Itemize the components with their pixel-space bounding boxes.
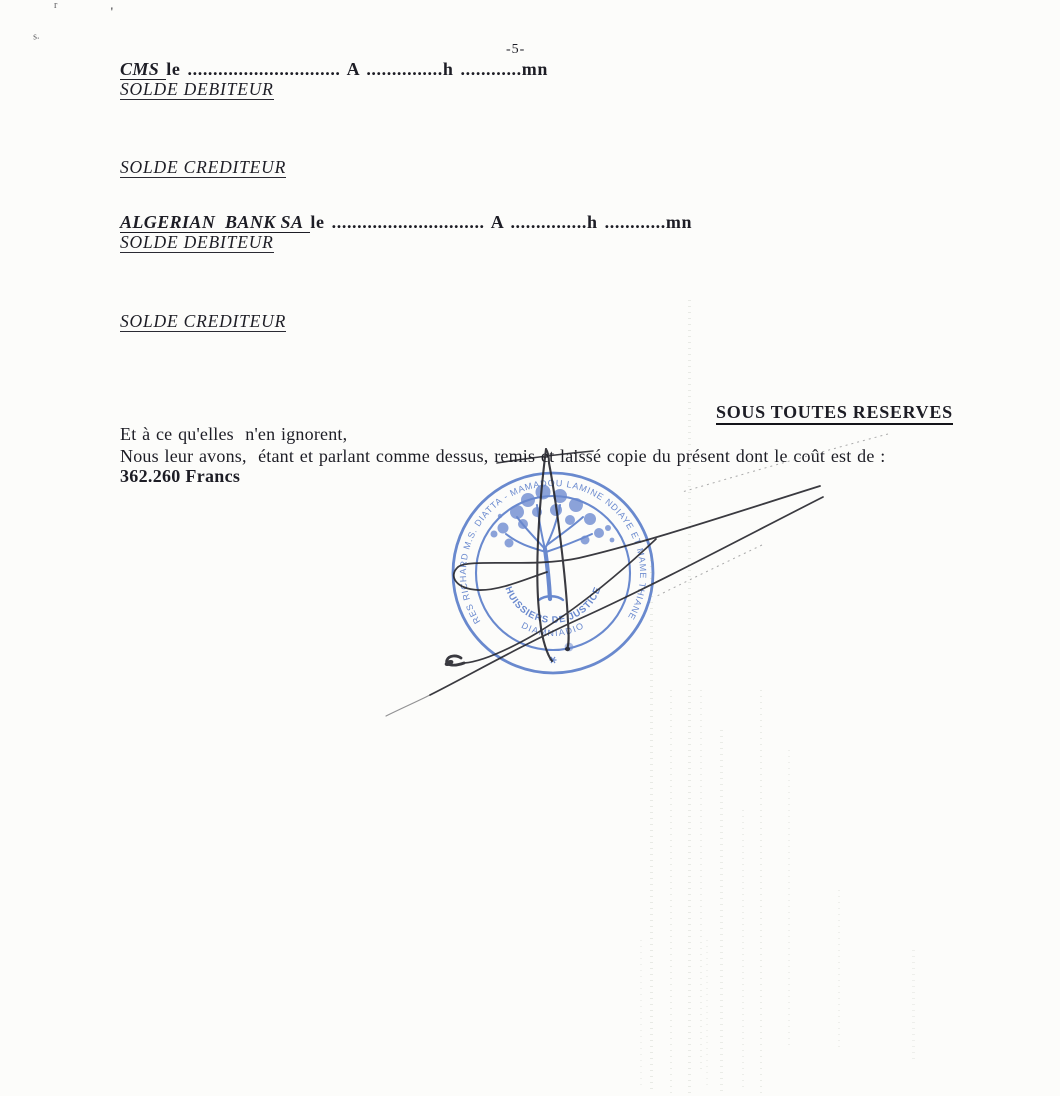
date-time-dotted-line: le .............................. A ....… [310,212,692,232]
solde-debiteur-label: SOLDE DEBITEUR [120,233,274,252]
signature-scribble [386,449,823,716]
signature-stroke-hook-line [464,539,656,663]
closing-line-1: Et à ce qu'elles n'en ignorent, [120,425,347,444]
solde-crediteur-label: SOLDE CREDITEUR [120,312,286,331]
bank-name: CMS [120,59,166,80]
bank-name: ALGERIAN BANK SA [120,212,310,233]
scan-speck: r [54,0,57,11]
solde-crediteur-label: SOLDE CREDITEUR [120,158,286,177]
stamp-outer-circle [453,473,653,673]
stamp-and-signature-overlay: MAITRES RICHARD M.S. DIATTA - MAMADOU LA… [380,400,900,740]
cost-amount: 362.260 Francs [120,467,240,486]
stamp-inner-circle [476,496,630,650]
scan-speck: s. [32,30,41,42]
page-number: -5- [506,40,525,59]
notary-stamp: MAITRES RICHARD M.S. DIATTA - MAMADOU LA… [380,400,653,673]
scan-speck: ' [110,4,114,20]
solde-debiteur-label: SOLDE DEBITEUR [120,80,274,99]
scanned-document-page: r ' s. -5- CMSle .......................… [0,0,1060,1096]
signature-ink-dot [565,647,570,651]
bank-entry-algerian-bank: ALGERIAN BANK SAle .....................… [120,213,692,232]
signature-stroke-tail [386,695,430,716]
baobab-tree-emblem [491,485,615,601]
bank-entry-cms: CMSle .............................. A .… [120,60,548,79]
stamp-title-text: HUISSIERS DE JUSTICE [502,585,603,626]
date-time-dotted-line: le .............................. A ....… [166,59,548,79]
